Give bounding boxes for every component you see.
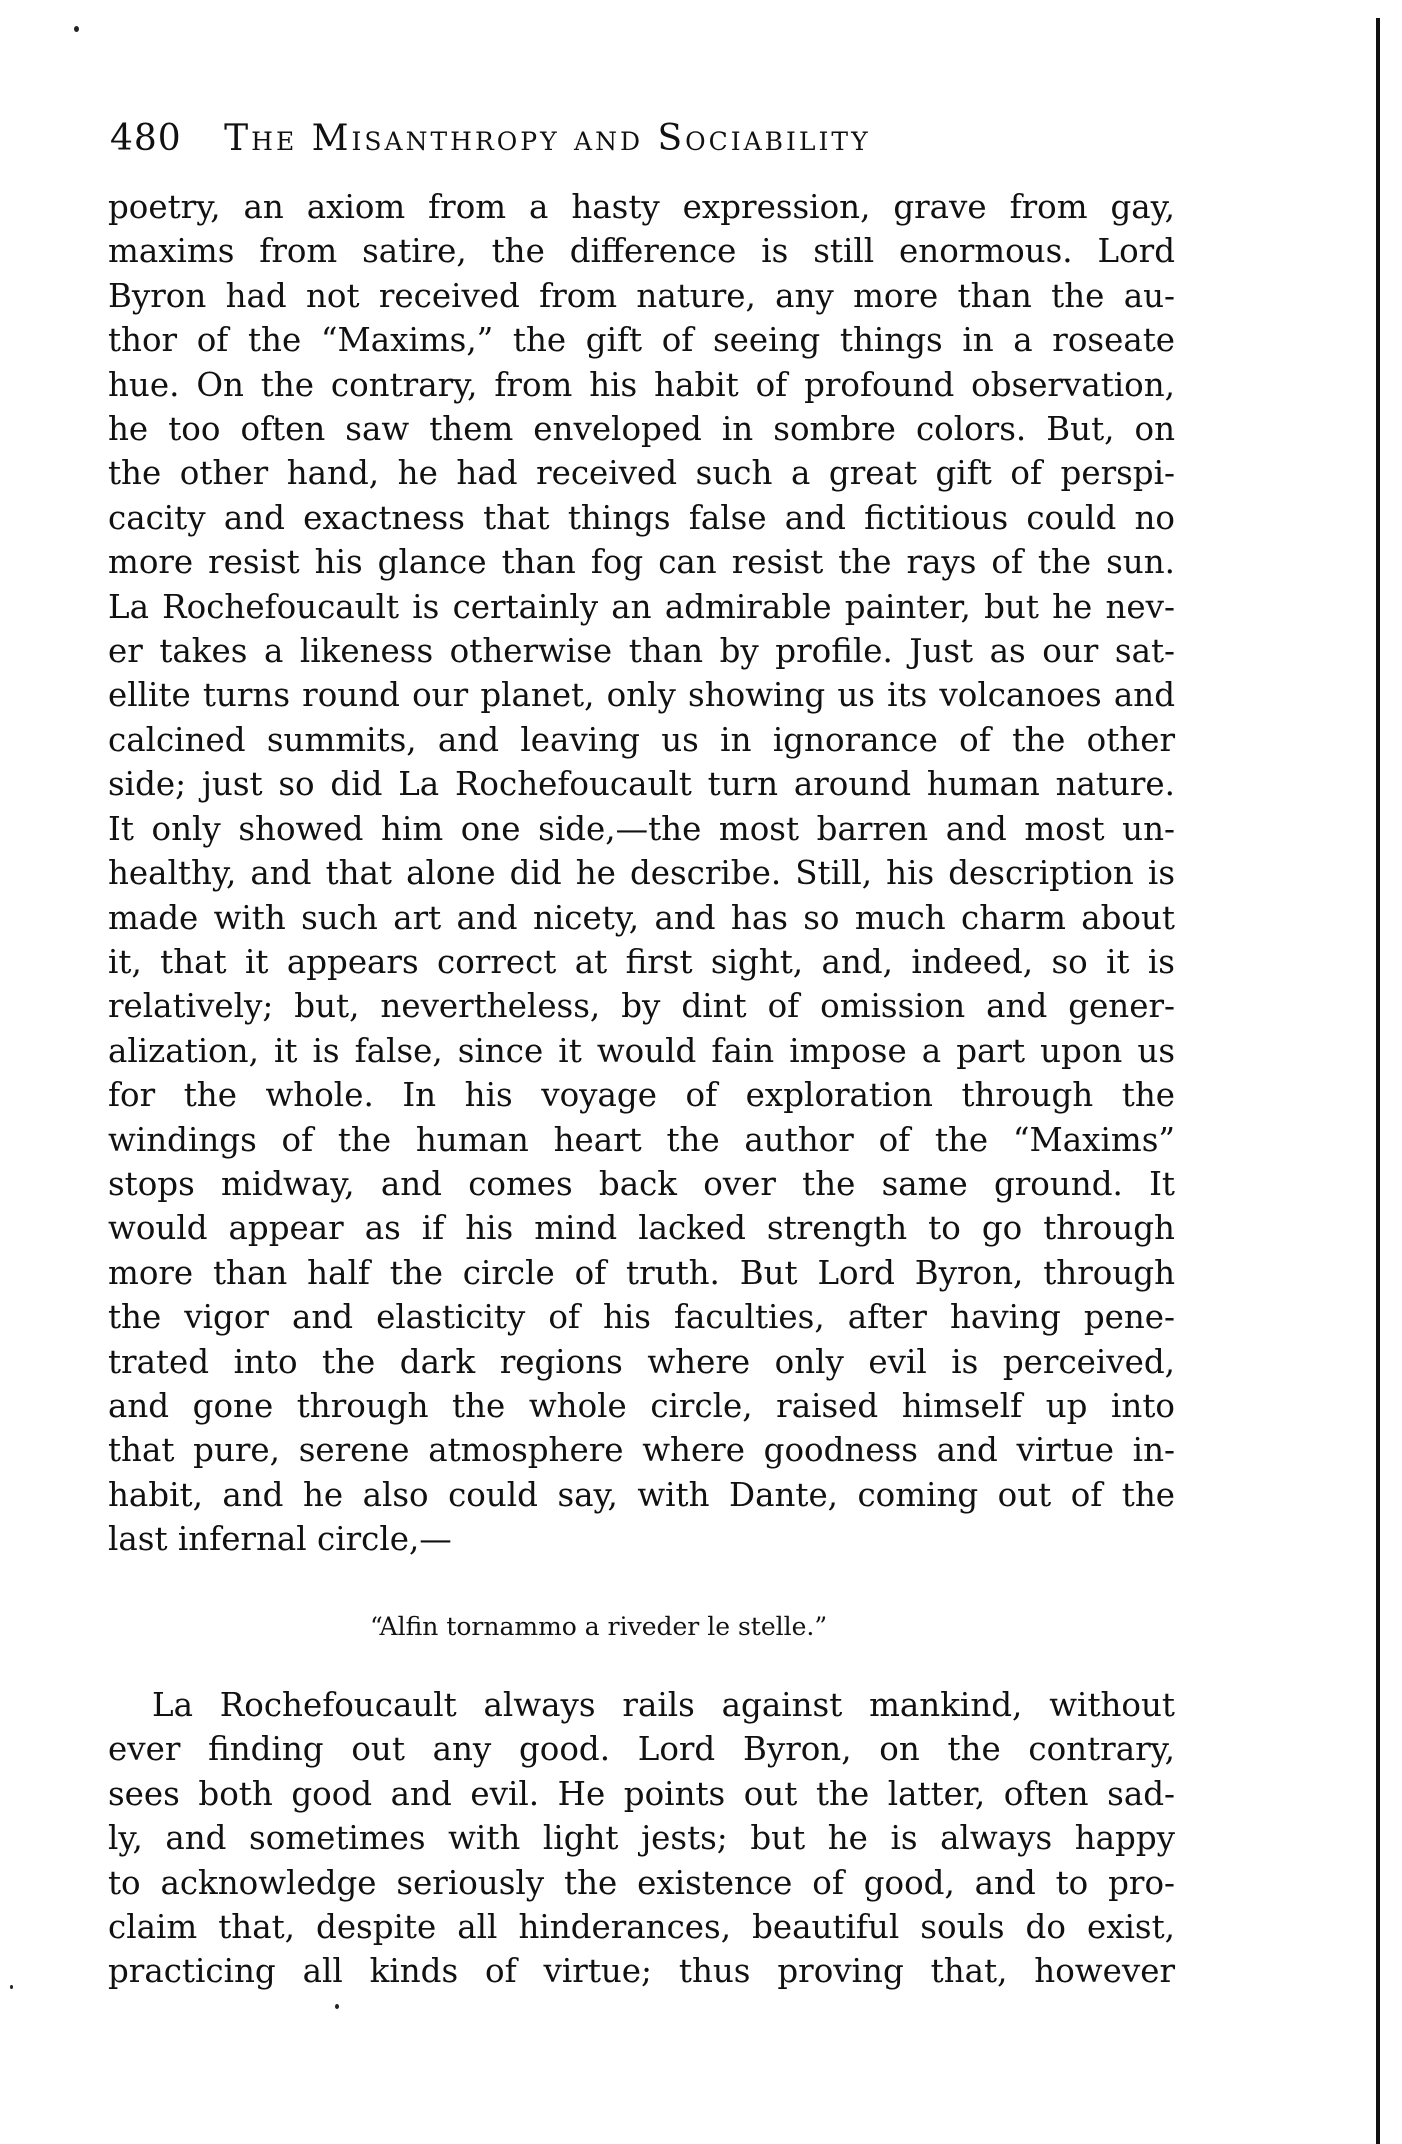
text-line: maxims from satire, the difference is st… <box>108 229 1175 273</box>
text-line: windings of the human heart the author o… <box>108 1118 1175 1162</box>
page-edge-rule <box>1376 18 1380 2144</box>
scan-speck <box>10 1985 13 1989</box>
text-line: La Rochefoucault always rails against ma… <box>108 1683 1175 1727</box>
text-line: stops midway, and comes back over the sa… <box>108 1162 1175 1206</box>
text-line: healthy, and that alone did he describe.… <box>108 851 1175 895</box>
text-line: more resist his glance than fog can resi… <box>108 540 1175 584</box>
text-line: side; just so did La Rochefoucault turn … <box>108 762 1175 806</box>
running-header: 480 The Misanthropy and Sociability <box>110 118 871 159</box>
text-line: cacity and exactness that things false a… <box>108 496 1175 540</box>
running-title: The Misanthropy and Sociability <box>224 118 870 159</box>
text-line: La Rochefoucault is certainly an admirab… <box>108 585 1175 629</box>
paragraph-1: poetry, an axiom from a hasty expression… <box>108 185 1175 1562</box>
text-line: he too often saw them enveloped in sombr… <box>108 407 1175 451</box>
text-line: alization, it is false, since it would f… <box>108 1029 1175 1073</box>
text-line: claim that, despite all hinderances, bea… <box>108 1905 1175 1949</box>
page-number: 480 <box>110 118 182 159</box>
text-line: relatively; but, nevertheless, by dint o… <box>108 984 1175 1028</box>
paragraph-2: La Rochefoucault always rails against ma… <box>108 1683 1175 1994</box>
text-line: poetry, an axiom from a hasty expression… <box>108 185 1175 229</box>
scan-speck <box>335 2004 339 2009</box>
text-line: habit, and he also could say, with Dante… <box>108 1473 1175 1517</box>
text-line: thor of the “Maxims,” the gift of seeing… <box>108 318 1175 362</box>
text-line: hue. On the contrary, from his habit of … <box>108 363 1175 407</box>
text-line: er takes a likeness otherwise than by pr… <box>108 629 1175 673</box>
text-line: Byron had not received from nature, any … <box>108 274 1175 318</box>
text-line: that pure, serene atmosphere where goodn… <box>108 1428 1175 1472</box>
text-line: the other hand, he had received such a g… <box>108 451 1175 495</box>
text-line: practicing all kinds of virtue; thus pro… <box>108 1949 1175 1993</box>
scan-speck <box>74 26 79 32</box>
text-line: ever finding out any good. Lord Byron, o… <box>108 1727 1175 1771</box>
text-line: calcined summits, and leaving us in igno… <box>108 718 1175 762</box>
text-line: the vigor and elasticity of his facultie… <box>108 1295 1175 1339</box>
text-line: to acknowledge seriously the existence o… <box>108 1861 1175 1905</box>
text-line: It only showed him one side,—the most ba… <box>108 807 1175 851</box>
block-quote: “Alfin tornammo a riveder le stelle.” <box>370 1612 827 1641</box>
text-line: it, that it appears correct at first sig… <box>108 940 1175 984</box>
text-line: more than half the circle of truth. But … <box>108 1251 1175 1295</box>
text-line: would appear as if his mind lacked stren… <box>108 1206 1175 1250</box>
text-line: and gone through the whole circle, raise… <box>108 1384 1175 1428</box>
text-line: ellite turns round our planet, only show… <box>108 673 1175 717</box>
text-line: sees both good and evil. He points out t… <box>108 1772 1175 1816</box>
text-line: last infernal circle,— <box>108 1517 1175 1561</box>
text-line: trated into the dark regions where only … <box>108 1340 1175 1384</box>
text-line: for the whole. In his voyage of explorat… <box>108 1073 1175 1117</box>
text-line: ly, and sometimes with light jests; but … <box>108 1816 1175 1860</box>
text-line: made with such art and nicety, and has s… <box>108 896 1175 940</box>
